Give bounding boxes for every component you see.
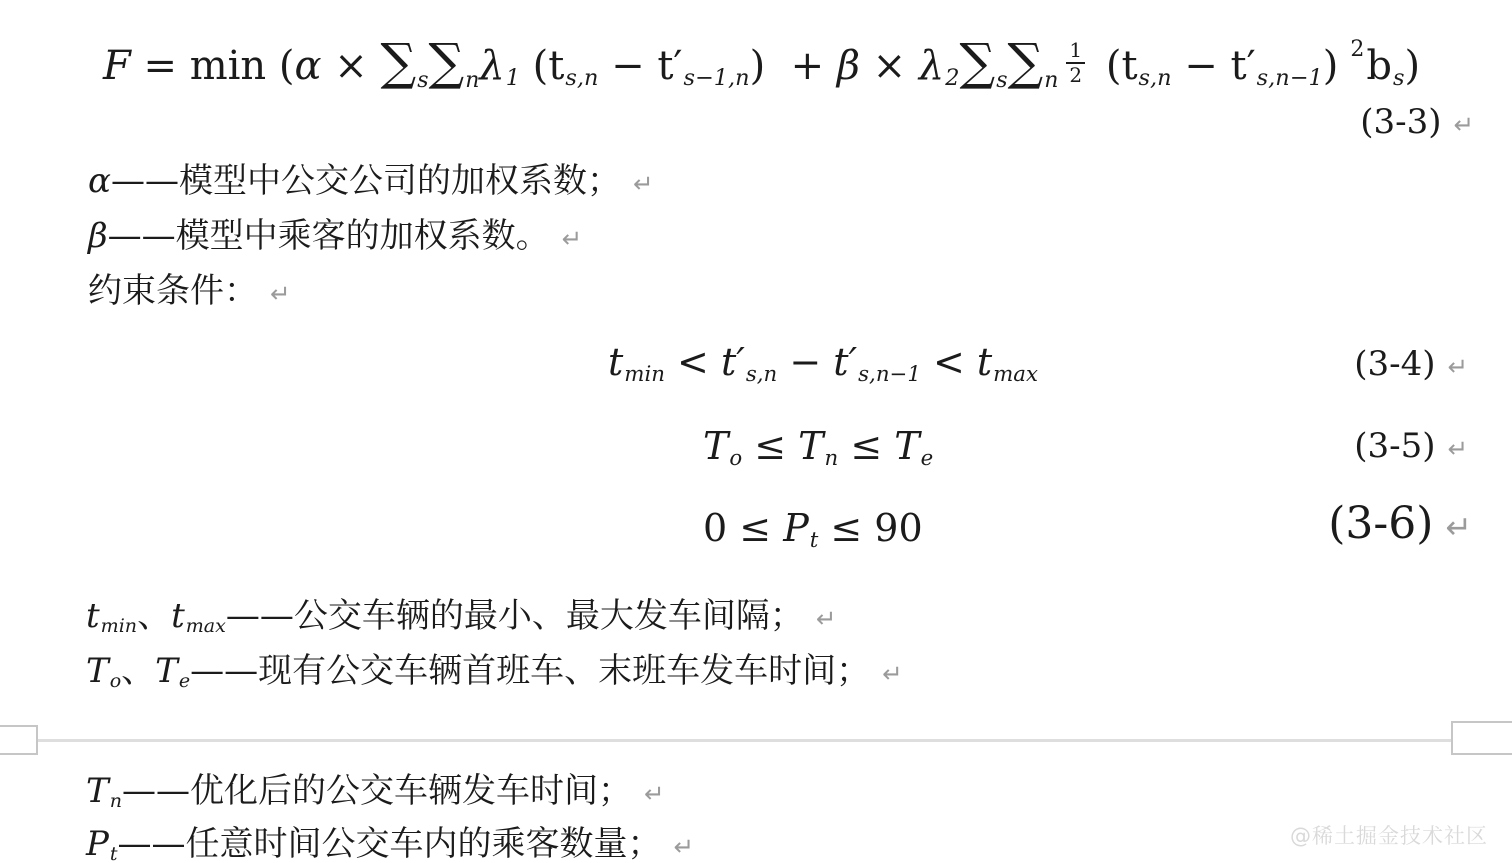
heading-text: 约束条件： [88, 271, 258, 311]
paragraph-mark-icon: ↵ [644, 779, 665, 808]
definition-line-pt: Pt——任意时间公交车内的乘客数量；↵ [86, 816, 694, 863]
definition-text: ——现有公交车辆首班车、末班车发车时间； [190, 651, 870, 691]
math-symbol: α [88, 161, 111, 201]
objective-function-formula: F = min (α × ∑s∑nλ1 (ts,n − t′s−1,n) + β… [103, 12, 1503, 116]
definition-line-beta: β——模型中乘客的加权系数。↵ [88, 208, 582, 257]
definition-line-alpha: α——模型中公交公司的加权系数；↵ [88, 153, 653, 202]
paragraph-mark-icon: ↵ [562, 224, 583, 253]
definition-text: ——优化后的公交车辆发车时间； [122, 771, 632, 811]
paragraph-mark-icon: ↵ [1447, 434, 1468, 463]
paragraph-mark-icon: ↵ [633, 169, 654, 198]
definition-text: ——模型中公交公司的加权系数； [111, 161, 621, 201]
paragraph-mark-icon: ↵ [270, 279, 291, 308]
paragraph-mark-icon: ↵ [1447, 352, 1468, 381]
definition-text: ——公交车辆的最小、最大发车间隔； [226, 596, 804, 636]
equation-number-text: (3-4) [1354, 344, 1435, 384]
definition-text: ——任意时间公交车内的乘客数量； [118, 824, 662, 863]
definition-line-to-te: To、Te——现有公交车辆首班车、末班车发车时间；↵ [86, 643, 903, 692]
paragraph-mark-icon: ↵ [1445, 510, 1472, 546]
paragraph-mark-icon: ↵ [816, 604, 837, 633]
page-corner-marker-left [0, 725, 38, 755]
definition-text: ——模型中乘客的加权系数。 [108, 216, 550, 256]
page-corner-marker-right [1451, 721, 1512, 755]
math-symbol: Pt [86, 824, 118, 863]
watermark-text: @稀土掘金技术社区 [1290, 820, 1488, 850]
page-break-divider [0, 739, 1512, 742]
equation-number-3-3: (3-3)↵ [1360, 102, 1474, 142]
math-symbol: To、Te [86, 651, 190, 691]
equation-number-3-5: (3-5)↵ [1354, 426, 1468, 466]
paragraph-mark-icon: ↵ [674, 832, 695, 861]
definition-line-tmin-tmax: tmin、tmax——公交车辆的最小、最大发车间隔；↵ [86, 588, 836, 637]
equation-number-3-4: (3-4)↵ [1354, 344, 1468, 384]
equation-number-text: (3-5) [1354, 426, 1435, 466]
constraint-equation-3-6: 0 ≤ Pt ≤ 90 [703, 506, 923, 553]
equation-number-text: (3-3) [1360, 102, 1441, 142]
paragraph-mark-icon: ↵ [1453, 110, 1474, 139]
definition-line-tn: Tn——优化后的公交车辆发车时间；↵ [86, 763, 664, 812]
constraints-heading: 约束条件：↵ [88, 263, 291, 312]
paragraph-mark-icon: ↵ [882, 659, 903, 688]
constraint-equation-3-5: To ≤ Tn ≤ Te [703, 424, 933, 471]
math-symbol: tmin、tmax [86, 596, 226, 636]
math-symbol: Tn [86, 771, 122, 811]
constraint-equation-3-4: tmin < t′s,n − t′s,n−1 < tmax [608, 340, 1038, 387]
math-symbol: β [88, 216, 108, 256]
equation-number-text: (3-6) [1328, 498, 1433, 549]
equation-number-3-6: (3-6)↵ [1328, 498, 1472, 549]
